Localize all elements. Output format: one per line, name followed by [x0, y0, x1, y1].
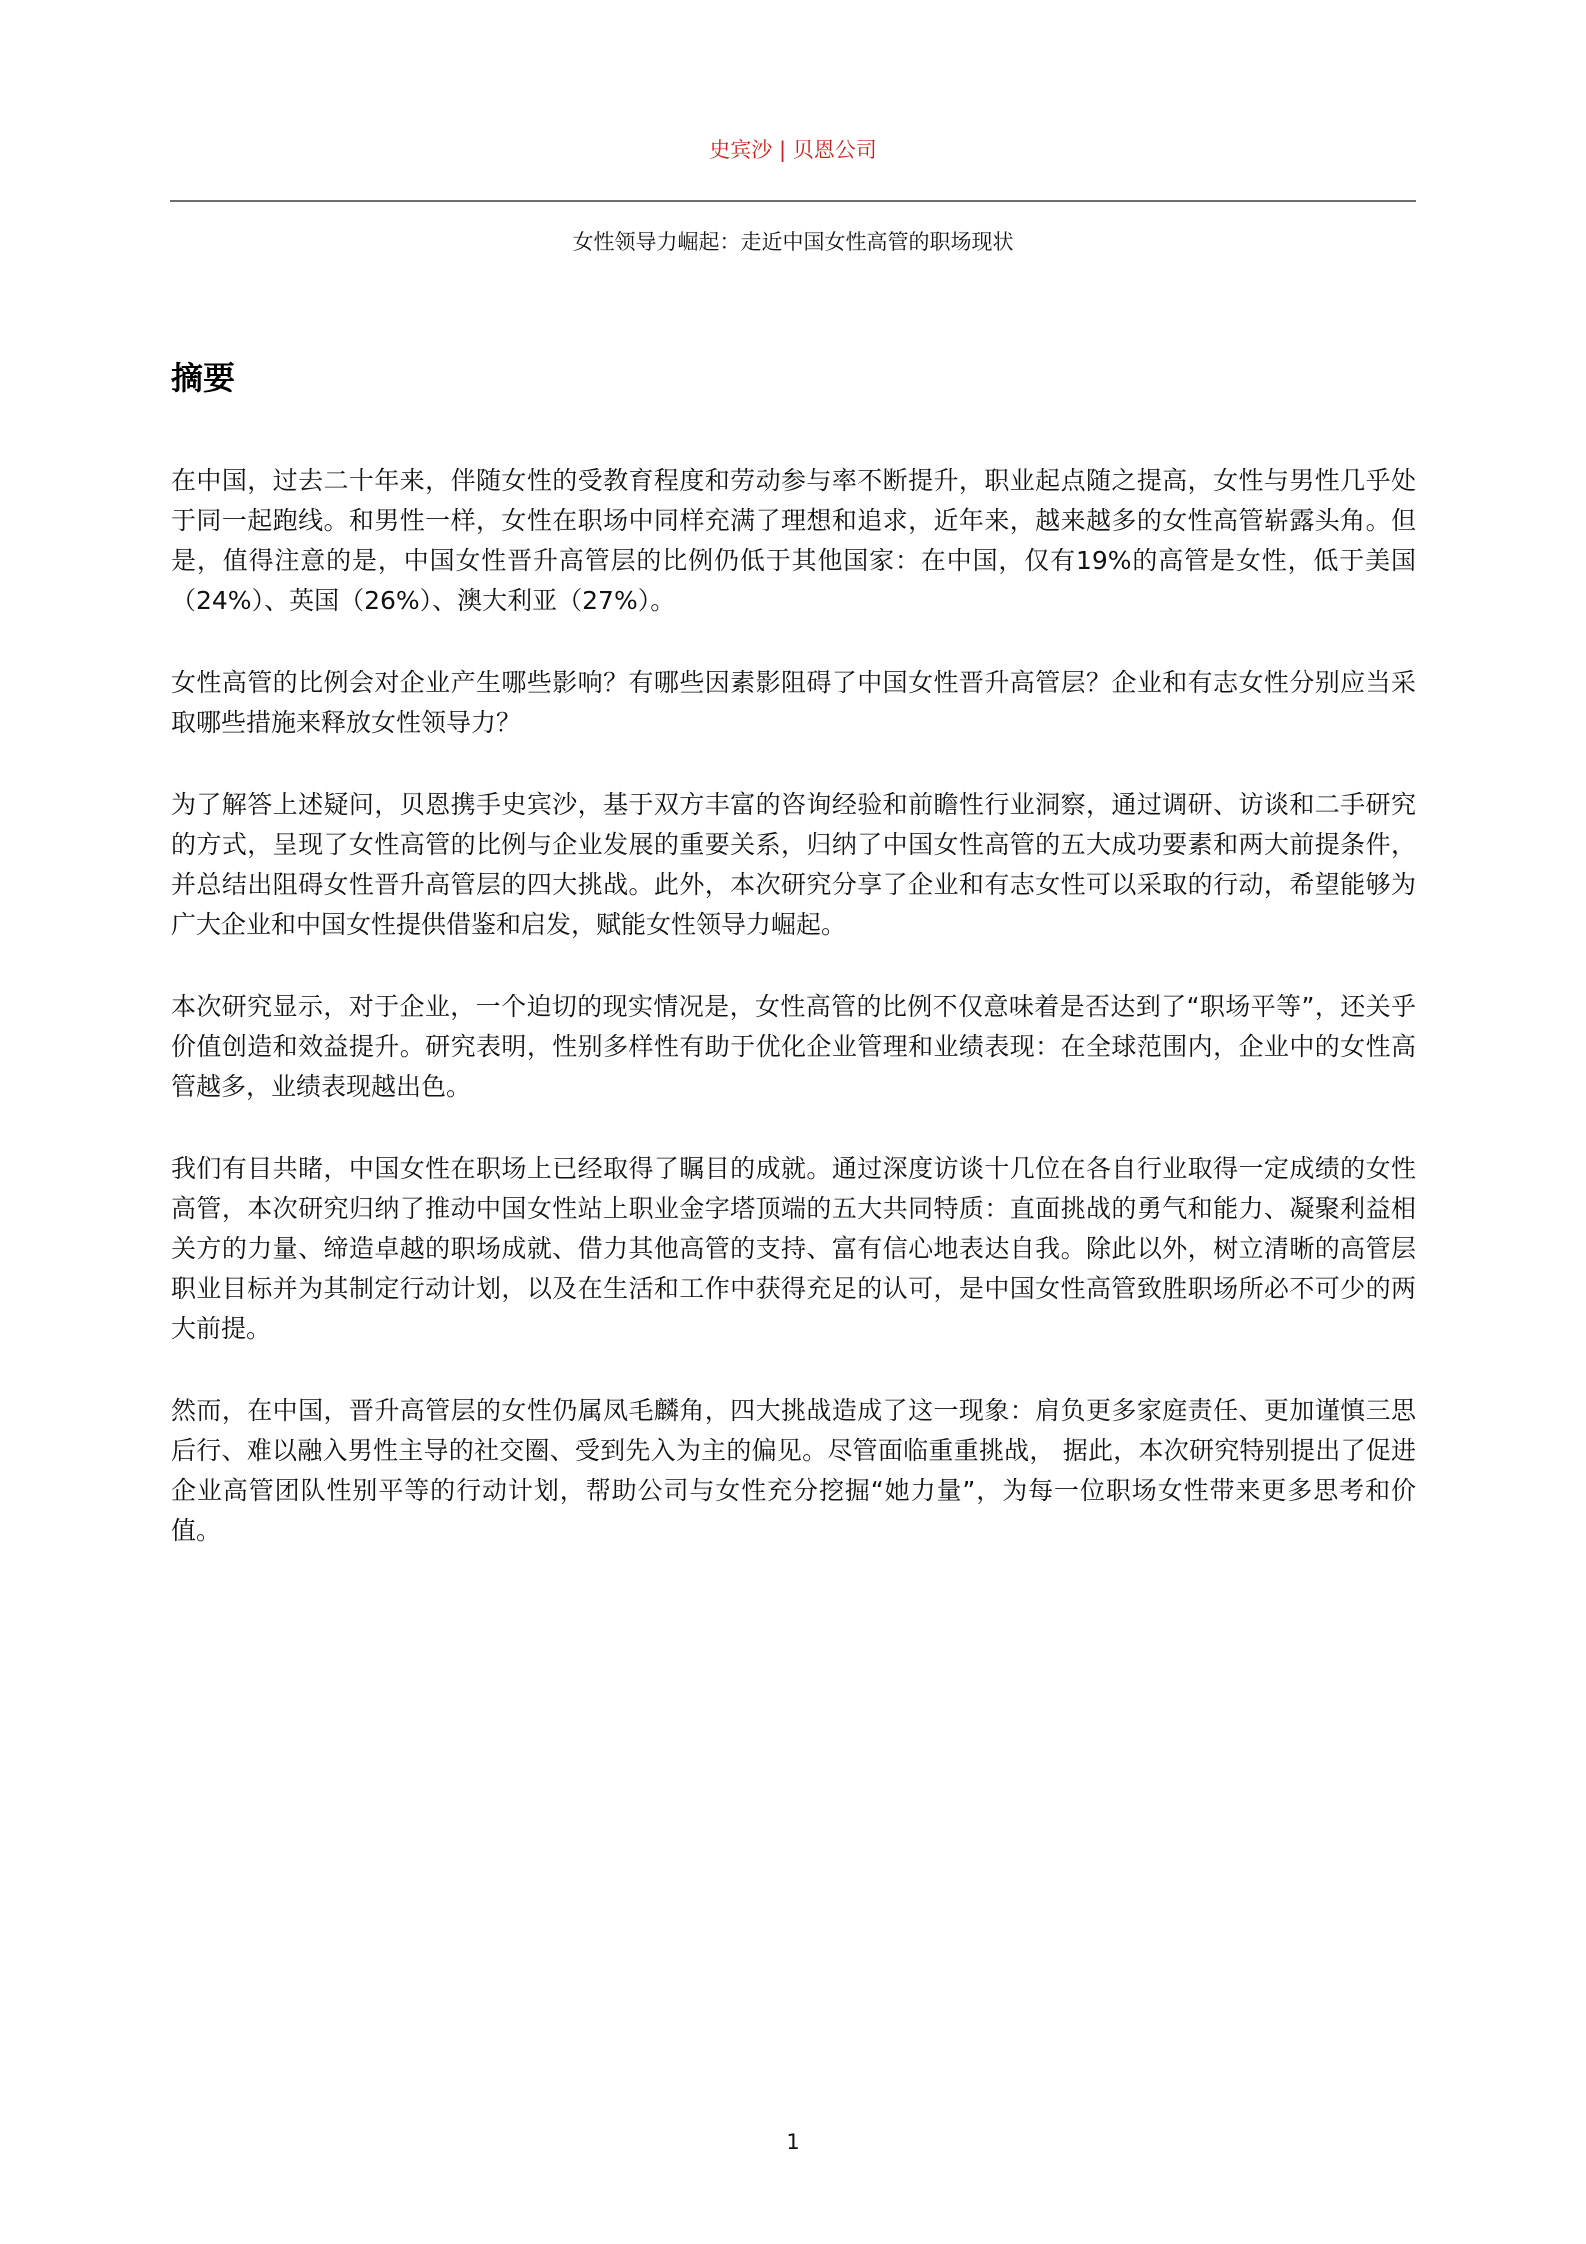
abstract-body: 在中国，过去二十年来，伴随女性的受教育程度和劳动参与率不断提升，职业起点随之提高…	[171, 461, 1416, 1593]
abstract-paragraph: 本次研究显示，对于企业，一个迫切的现实情况是，女性高管的比例不仅意味着是否达到了…	[171, 987, 1416, 1107]
abstract-paragraph: 我们有目共睹，中国女性在职场上已经取得了瞩目的成就。通过深度访谈十几位在各自行业…	[171, 1149, 1416, 1349]
abstract-paragraph: 在中国，过去二十年来，伴随女性的受教育程度和劳动参与率不断提升，职业起点随之提高…	[171, 461, 1416, 621]
header-divider	[170, 200, 1416, 202]
document-subtitle: 女性领导力崛起：走近中国女性高管的职场现状	[0, 228, 1586, 256]
abstract-paragraph: 然而，在中国，晋升高管层的女性仍属凤毛麟角，四大挑战造成了这一现象：肩负更多家庭…	[171, 1391, 1416, 1551]
section-heading-abstract: 摘要	[171, 356, 235, 400]
abstract-paragraph: 为了解答上述疑问，贝恩携手史宾沙，基于双方丰富的咨询经验和前瞻性行业洞察，通过调…	[171, 785, 1416, 945]
page-header-brand: 史宾沙 | 贝恩公司	[0, 136, 1586, 164]
abstract-paragraph: 女性高管的比例会对企业产生哪些影响？有哪些因素影阻碍了中国女性晋升高管层？企业和…	[171, 663, 1416, 743]
page-number: 1	[0, 2128, 1586, 2156]
